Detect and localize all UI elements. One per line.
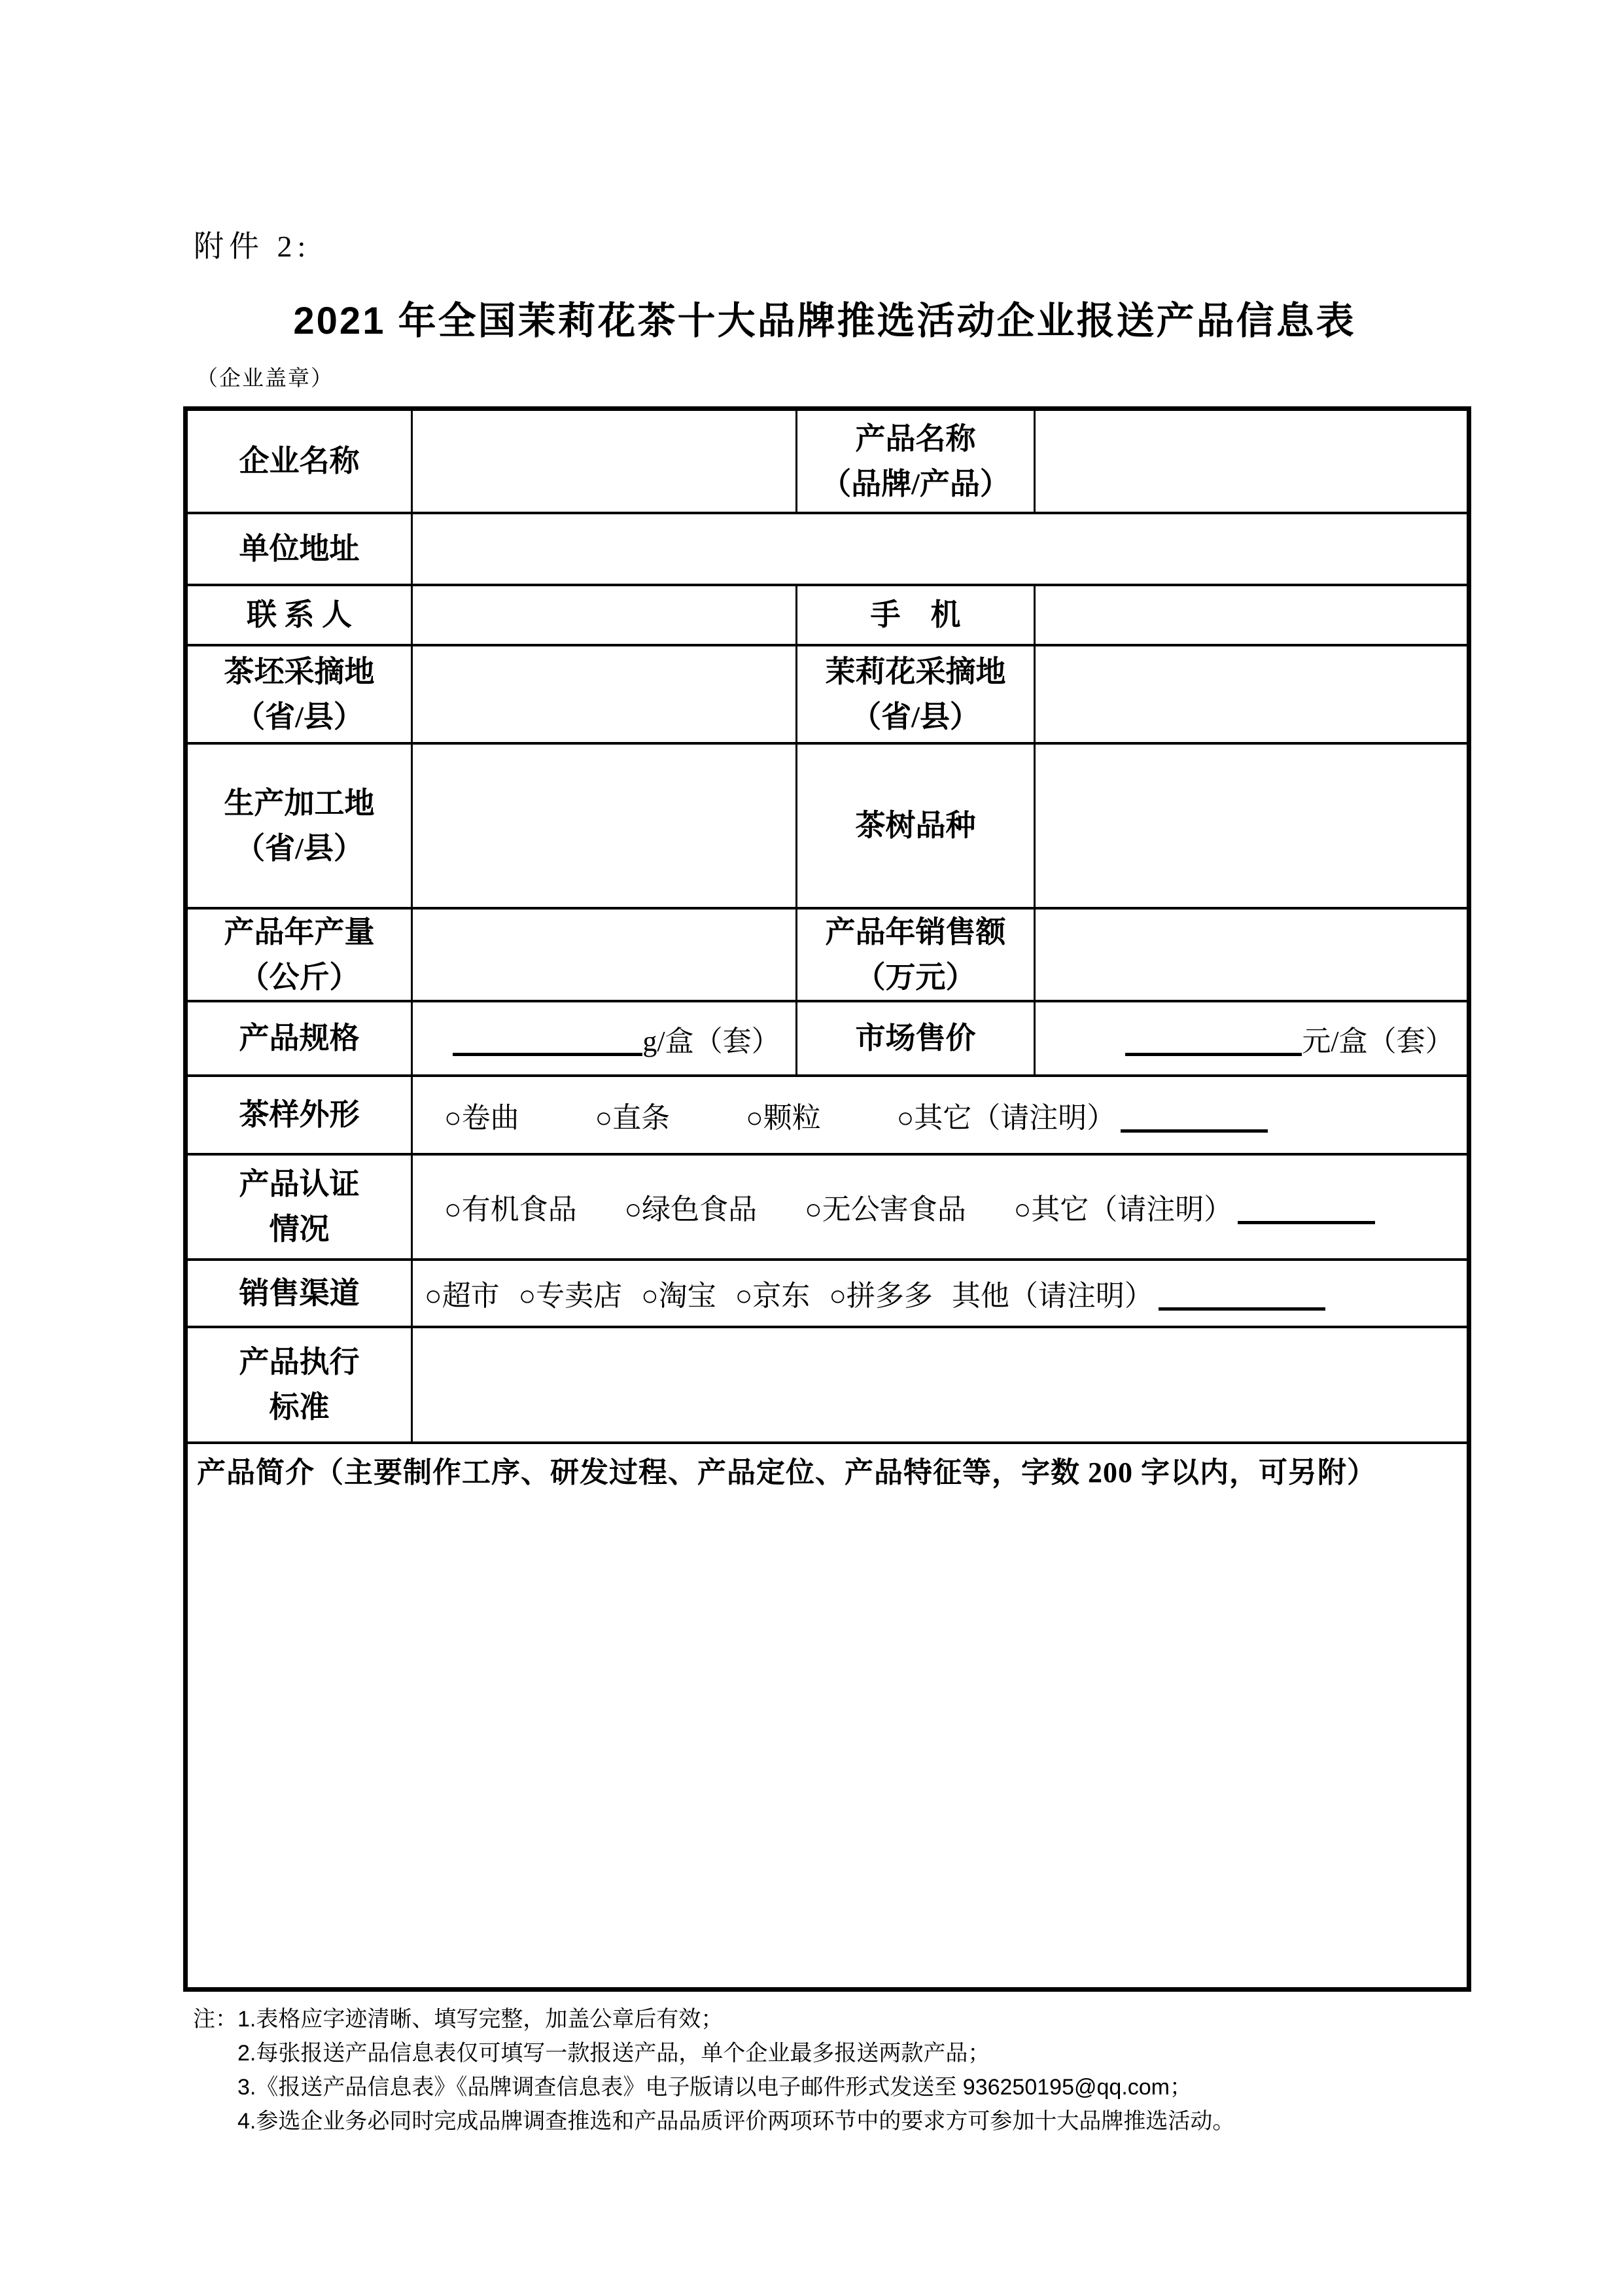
row-address: 单位地址 [186,513,1469,585]
mobile-field[interactable] [1035,585,1469,645]
address-label: 单位地址 [186,513,412,585]
cert-other-blank-line[interactable] [1238,1221,1375,1224]
product-name-field[interactable] [1035,408,1469,513]
spec-field[interactable]: g/盒（套） [412,1001,797,1076]
product-intro-field[interactable]: 产品简介（主要制作工序、研发过程、产品定位、产品特征等，字数 200 字以内，可… [186,1443,1469,1990]
contact-label: 联 系 人 [186,585,412,645]
notes-prefix: 注： [193,2007,237,2032]
row-output-sales: 产品年产量 （公斤） 产品年销售额 （万元） [186,908,1469,1001]
price-field[interactable]: 元/盒（套） [1035,1001,1469,1076]
row-origins: 茶坯采摘地 （省/县） 茉莉花采摘地 （省/县） [186,645,1469,743]
cert-option-pollution-free[interactable]: ○无公害食品 [805,1186,966,1227]
channel-option-other: 其他（请注明） [952,1272,1153,1314]
note-item-1-text: 1.表格应字迹清晰、填写完整，加盖公章后有效； [237,2007,723,2032]
price-unit: 元/盒（套） [1302,1025,1454,1057]
product-intro-label: 产品简介（主要制作工序、研发过程、产品定位、产品特征等，字数 200 字以内，可… [197,1457,1376,1489]
standard-field[interactable] [412,1327,1469,1443]
shape-label: 茶样外形 [186,1076,412,1154]
spec-unit: g/盒（套） [642,1025,780,1057]
tea-variety-field[interactable] [1035,743,1469,908]
shape-option-granule[interactable]: ○颗粒 [746,1094,821,1136]
cert-options-cell: ○有机食品 ○绿色食品 ○无公害食品 ○其它（请注明） [412,1154,1469,1260]
product-info-table: 企业名称 产品名称 （品牌/产品） 单位地址 联 系 人 手 机 茶坯采摘地 （… [183,406,1471,1992]
row-shape: 茶样外形 ○卷曲 ○直条 ○颗粒 ○其它（请注明） [186,1076,1469,1154]
channel-other-blank-line[interactable] [1159,1307,1325,1311]
tea-variety-label: 茶树品种 [797,743,1035,908]
row-company-product: 企业名称 产品名称 （品牌/产品） [186,408,1469,513]
price-blank-line[interactable] [1125,1053,1302,1056]
cert-option-organic[interactable]: ○有机食品 [444,1186,577,1227]
processing-place-field[interactable] [412,743,797,908]
annual-output-label: 产品年产量 （公斤） [186,908,412,1001]
row-contact-mobile: 联 系 人 手 机 [186,585,1469,645]
channel-option-specialty-store[interactable]: ○专卖店 [519,1272,623,1314]
row-standard: 产品执行 标准 [186,1327,1469,1443]
channel-option-taobao[interactable]: ○淘宝 [641,1272,716,1314]
row-intro: 产品简介（主要制作工序、研发过程、产品定位、产品特征等，字数 200 字以内，可… [186,1443,1469,1990]
tea-leaf-origin-field[interactable] [412,645,797,743]
company-name-field[interactable] [412,408,797,513]
seal-note: （企业盖章） [196,361,1623,392]
channel-option-jd[interactable]: ○京东 [735,1272,811,1314]
tea-leaf-origin-label: 茶坯采摘地 （省/县） [186,645,412,743]
price-label: 市场售价 [797,1001,1035,1076]
cert-option-green[interactable]: ○绿色食品 [625,1186,758,1227]
annual-output-field[interactable] [412,908,797,1001]
spec-blank-line[interactable] [453,1053,642,1056]
row-certification: 产品认证 情况 ○有机食品 ○绿色食品 ○无公害食品 ○其它（请注明） [186,1154,1469,1260]
jasmine-origin-label: 茉莉花采摘地 （省/县） [797,645,1035,743]
annual-sales-label: 产品年销售额 （万元） [797,908,1035,1001]
standard-label: 产品执行 标准 [186,1327,412,1443]
address-field[interactable] [412,513,1469,585]
channel-option-supermarket[interactable]: ○超市 [425,1272,500,1314]
company-name-label: 企业名称 [186,408,412,513]
row-processing-variety: 生产加工地 （省/县） 茶树品种 [186,743,1469,908]
page-title: 2021 年全国茉莉花茶十大品牌推选活动企业报送产品信息表 [183,298,1466,344]
cert-label: 产品认证 情况 [186,1154,412,1260]
channel-option-pinduoduo[interactable]: ○拼多多 [829,1272,933,1314]
jasmine-origin-field[interactable] [1035,645,1469,743]
channel-options-cell: ○超市 ○专卖店 ○淘宝 ○京东 ○拼多多 其他（请注明） [412,1260,1469,1327]
row-spec-price: 产品规格 g/盒（套） 市场售价 元/盒（套） [186,1001,1469,1076]
shape-option-curled[interactable]: ○卷曲 [444,1094,519,1136]
notes-section: 注：1.表格应字迹清晰、填写完整，加盖公章后有效； 2.每张报送产品信息表仅可填… [193,2002,1338,2138]
cert-option-other[interactable]: ○其它（请注明） [1014,1186,1233,1227]
shape-option-straight[interactable]: ○直条 [595,1094,671,1136]
attachment-label: 附件 2: [194,222,1623,266]
shape-options-cell: ○卷曲 ○直条 ○颗粒 ○其它（请注明） [412,1076,1469,1154]
note-item-1: 注：1.表格应字迹清晰、填写完整，加盖公章后有效； [193,2002,1338,2036]
mobile-label: 手 机 [797,585,1035,645]
document-page: 附件 2: 2021 年全国茉莉花茶十大品牌推选活动企业报送产品信息表 （企业盖… [0,0,1623,2296]
note-item-2: 2.每张报送产品信息表仅可填写一款报送产品，单个企业最多报送两款产品； [237,2036,1338,2070]
channel-label: 销售渠道 [186,1260,412,1327]
annual-sales-field[interactable] [1035,908,1469,1001]
processing-place-label: 生产加工地 （省/县） [186,743,412,908]
note-item-4: 4.参选企业务必同时完成品牌调查推选和产品品质评价两项环节中的要求方可参加十大品… [237,2104,1338,2138]
spec-label: 产品规格 [186,1001,412,1076]
row-channel: 销售渠道 ○超市 ○专卖店 ○淘宝 ○京东 ○拼多多 其他（请注明） [186,1260,1469,1327]
product-name-label: 产品名称 （品牌/产品） [797,408,1035,513]
shape-other-blank-line[interactable] [1121,1129,1268,1133]
note-item-3: 3.《报送产品信息表》《品牌调查信息表》电子版请以电子邮件形式发送至 93625… [237,2070,1338,2104]
shape-option-other[interactable]: ○其它（请注明） [897,1094,1116,1136]
contact-field[interactable] [412,585,797,645]
